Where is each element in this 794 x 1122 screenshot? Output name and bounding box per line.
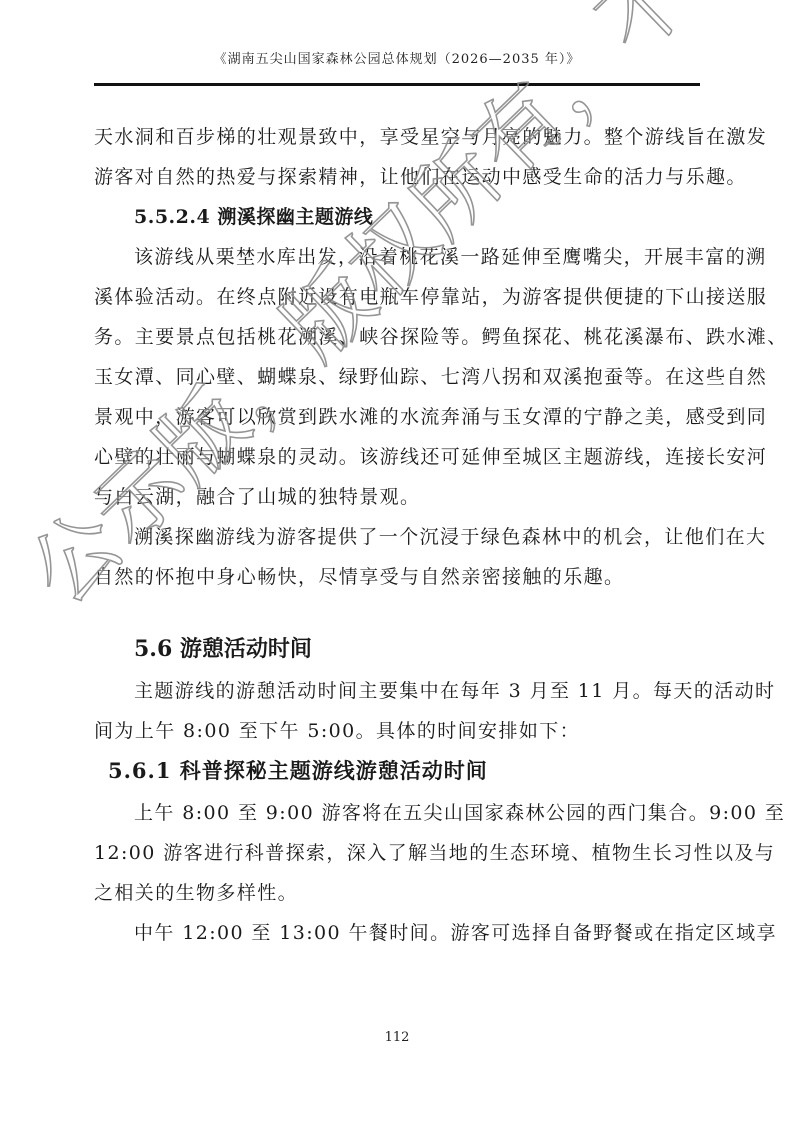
section-heading-5-6: 5.6 游憩活动时间: [94, 627, 702, 671]
paragraph-line: 天水洞和百步梯的壮观景致中，享受星空与月亮的魅力。整个游线旨在激发: [94, 117, 702, 157]
section-heading-5-5-2-4: 5.5.2.4 溯溪探幽主题游线: [94, 197, 702, 237]
paragraph-line: 12:00 游客进行科普探索，深入了解当地的生态环境、植物生长习性以及与: [94, 833, 702, 873]
header-divider: [94, 83, 700, 86]
paragraph-line: 之相关的生物多样性。: [94, 873, 702, 913]
paragraph-line: 上午 8:00 至 9:00 游客将在五尖山国家森林公园的西门集合。9:00 至: [94, 793, 702, 833]
paragraph-line: 心壁的壮丽与蝴蝶泉的灵动。该游线还可延伸至城区主题游线，连接长安河: [94, 437, 702, 477]
paragraph-line: 自然的怀抱中身心畅快，尽情享受与自然亲密接触的乐趣。: [94, 557, 702, 597]
paragraph-line: 主题游线的游憩活动时间主要集中在每年 3 月至 11 月。每天的活动时: [94, 671, 702, 711]
paragraph-line: 间为上午 8:00 至下午 5:00。具体的时间安排如下：: [94, 711, 702, 751]
page-number: 112: [0, 1030, 794, 1045]
paragraph-line: 务。主要景点包括桃花溯溪、峡谷探险等。鳄鱼探花、桃花溪瀑布、跌水滩、: [94, 317, 702, 357]
paragraph-line: 玉女潭、同心壁、蝴蝶泉、绿野仙踪、七湾八拐和双溪抱蚕等。在这些自然: [94, 357, 702, 397]
paragraph-line: 与白云湖，融合了山城的独特景观。: [94, 477, 702, 517]
paragraph-line: 溯溪探幽游线为游客提供了一个沉浸于绿色森林中的机会，让他们在大: [94, 517, 702, 557]
section-heading-5-6-1: 5.6.1 科普探秘主题游线游憩活动时间: [94, 751, 702, 793]
paragraph-line: 中午 12:00 至 13:00 午餐时间。游客可选择自备野餐或在指定区域享: [94, 913, 702, 953]
paragraph-line: 游客对自然的热爱与探索精神，让他们在运动中感受生命的活力与乐趣。: [94, 157, 702, 197]
running-header: 《湖南五尖山国家森林公园总体规划（2026—2035 年）》: [94, 48, 700, 67]
paragraph-line: 景观中，游客可以欣赏到跌水滩的水流奔涌与玉女潭的宁静之美，感受到同: [94, 397, 702, 437]
document-body: 天水洞和百步梯的壮观景致中，享受星空与月亮的魅力。整个游线旨在激发 游客对自然的…: [94, 117, 702, 953]
paragraph-line: 溪体验活动。在终点附近设有电瓶车停靠站，为游客提供便捷的下山接送服: [94, 277, 702, 317]
paragraph-line: 该游线从栗埜水库出发，沿着桃花溪一路延伸至鹰嘴尖，开展丰富的溯: [94, 237, 702, 277]
